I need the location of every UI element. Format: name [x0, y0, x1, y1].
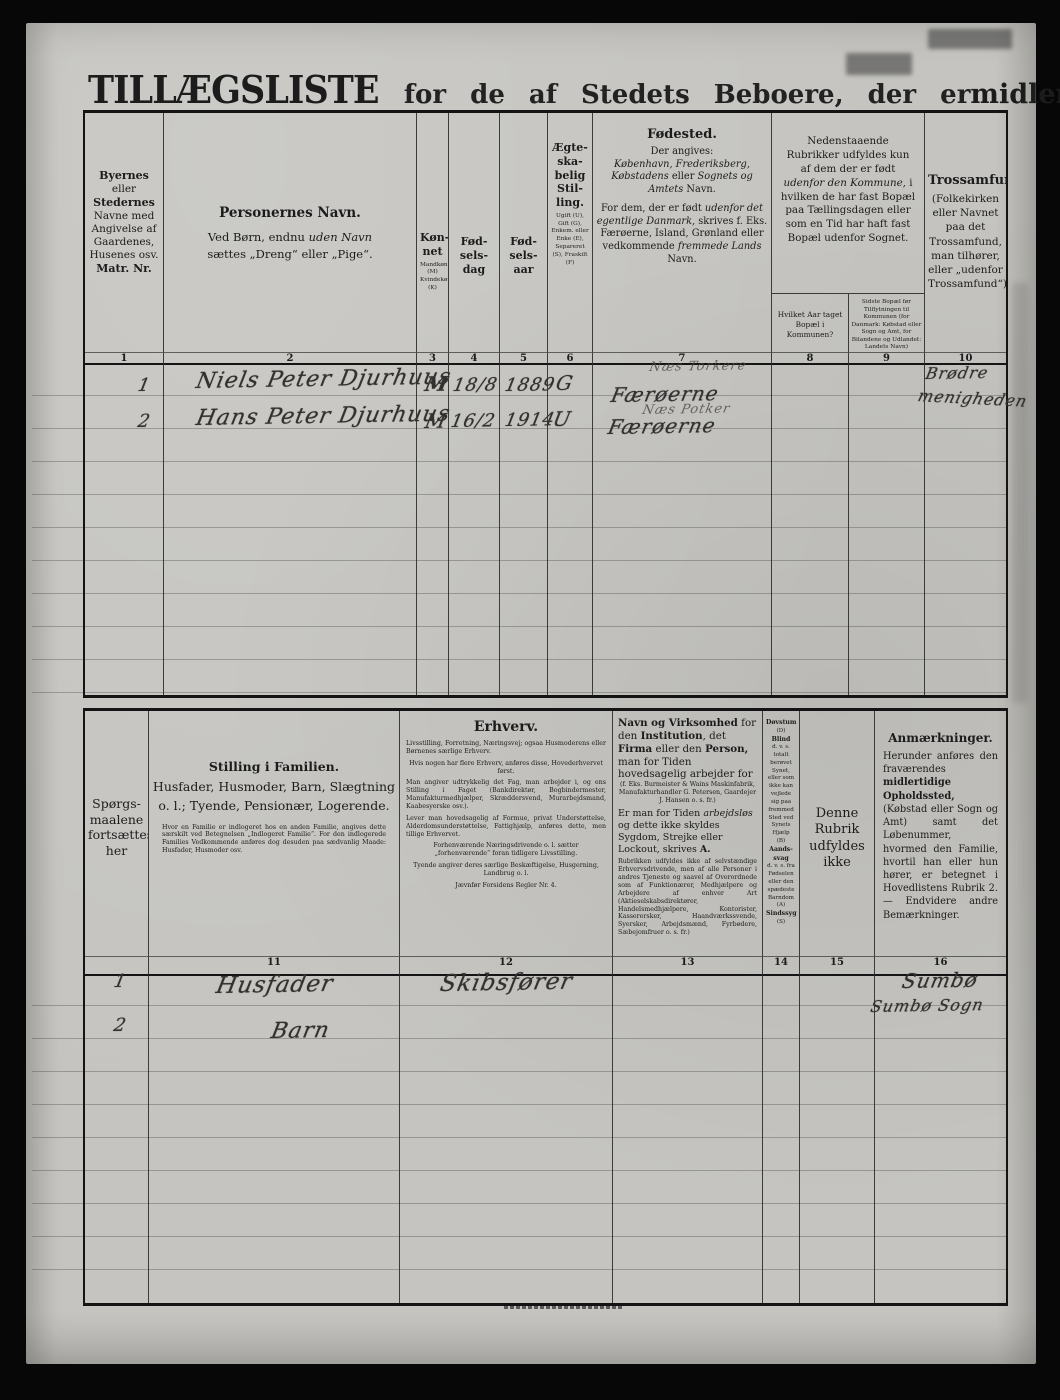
- table2-header-not-filled: Denne Rubrik udfyldes ikke: [800, 711, 875, 956]
- table2-header-employer: Navn og Virksomhed for den Institution, …: [613, 711, 763, 956]
- form-title-word: TILLÆGSLISTE: [88, 67, 379, 112]
- table2-body-cell: [763, 976, 800, 1303]
- entry-occupation: Skibsfører: [438, 969, 575, 997]
- entry-name: Niels Peter Djurhuus: [194, 365, 454, 394]
- bleed-through-mark: [928, 29, 1012, 49]
- table2-body-cell: [800, 976, 875, 1303]
- col-number: 5: [500, 352, 548, 365]
- col-number: 3: [417, 352, 449, 365]
- table1-header-name: Personernes Navn. Ved Børn, endnu uden N…: [164, 113, 417, 352]
- table1-header-birthplace: Fødested. Der angives: København, Freder…: [593, 113, 772, 352]
- col-number: 13: [613, 956, 763, 976]
- table1-header-year-moved: Hvilket Aar taget Bopæl i Kommunen?: [772, 294, 849, 352]
- col-number: 4: [449, 352, 500, 365]
- col-number: 8: [772, 352, 849, 365]
- table1-header-marital: Ægte- ska- belig Stil- ling. Ugift (U), …: [548, 113, 593, 352]
- bleed-through-mark: [1012, 283, 1028, 703]
- table1-body-cell: [849, 365, 925, 695]
- table1-header-birthday: Fød- sels- dag: [449, 113, 500, 352]
- col-number: 2: [164, 352, 417, 365]
- entry-birth-year: 1914: [503, 409, 557, 431]
- scanned-census-photo: TILLÆGSLISTE for de af Stedets Beboere, …: [0, 0, 1060, 1400]
- table1-header-sex: Køn- net Mandkøn (M) Kvindekøn (K): [417, 113, 449, 352]
- entry-birth-day: 16/2: [449, 410, 498, 432]
- entry-sex: M: [423, 372, 451, 396]
- table2-header-disabilities: Døvstum (D) Blind d. v. s. totalt berøve…: [763, 711, 800, 956]
- table2-body-cell: [613, 976, 763, 1303]
- col-number: 1: [85, 352, 164, 365]
- entry-family-position: Husfader: [214, 971, 336, 999]
- entry-creed: Brødre: [924, 363, 990, 383]
- table1-body-cell: [925, 365, 1006, 695]
- table1-body-cell: [772, 365, 849, 695]
- col-number: 15: [800, 956, 875, 976]
- entry-birth-year: 1889: [503, 374, 557, 396]
- entry-stay-place-parish: Sumbø Sogn: [869, 995, 986, 1016]
- printer-imprint: [504, 1306, 622, 1309]
- census-form-page: TILLÆGSLISTE for de af Stedets Beboere, …: [26, 23, 1036, 1364]
- table1-header-birthyear: Fød- sels- aar: [500, 113, 548, 352]
- table2-body-cell: [400, 976, 613, 1303]
- entry-stay-place: Sumbø: [900, 968, 980, 993]
- table1-header-place: Byernes eller Stedernes Navne med Angive…: [85, 113, 164, 352]
- col-number: 14: [763, 956, 800, 976]
- entry-birthplace-note: Næs Torkere: [648, 358, 748, 375]
- table1-header-residence: Nedenstaaende Rubrikker udfyldes kun af …: [772, 113, 925, 352]
- bleed-through-mark: [846, 53, 912, 75]
- entry-name: Hans Peter Djurhuus: [194, 402, 453, 431]
- entry-family-position: Barn: [269, 1018, 332, 1044]
- table2-header-family-position: Stilling i Familien. Husfader, Husmoder,…: [149, 711, 400, 956]
- table1-persons: Byernes eller Stedernes Navne med Angive…: [83, 110, 1008, 698]
- table2-occupation: Spørgs- maalene fortsættes her Stilling …: [83, 708, 1008, 1306]
- table1-body-cell: [85, 365, 164, 695]
- table2-header-occupation: Erhverv. Livsstilling, Forretning, Nærin…: [400, 711, 613, 956]
- col-number: 9: [849, 352, 925, 365]
- form-title-tail: midlertidig fraværende.: [970, 79, 1060, 110]
- table1-header-creed: Trossamfund (Folkekirken eller Navnet pa…: [925, 113, 1006, 352]
- entry-birth-day: 18/8: [451, 374, 500, 396]
- form-title-middle: for de af Stedets Beboere, der er: [404, 80, 971, 110]
- table2-header-remarks: Anmærkninger. Herunder anføres den fravæ…: [875, 711, 1006, 956]
- table2-body-cell: [875, 976, 1006, 1303]
- col-number: 6: [548, 352, 593, 365]
- table1-header-last-residence: Sidste Bopæl før Tilflytningen til Kommu…: [849, 294, 924, 352]
- entry-birthplace: Færøerne: [606, 413, 718, 439]
- table2-header-continuation: Spørgs- maalene fortsættes her: [85, 711, 149, 956]
